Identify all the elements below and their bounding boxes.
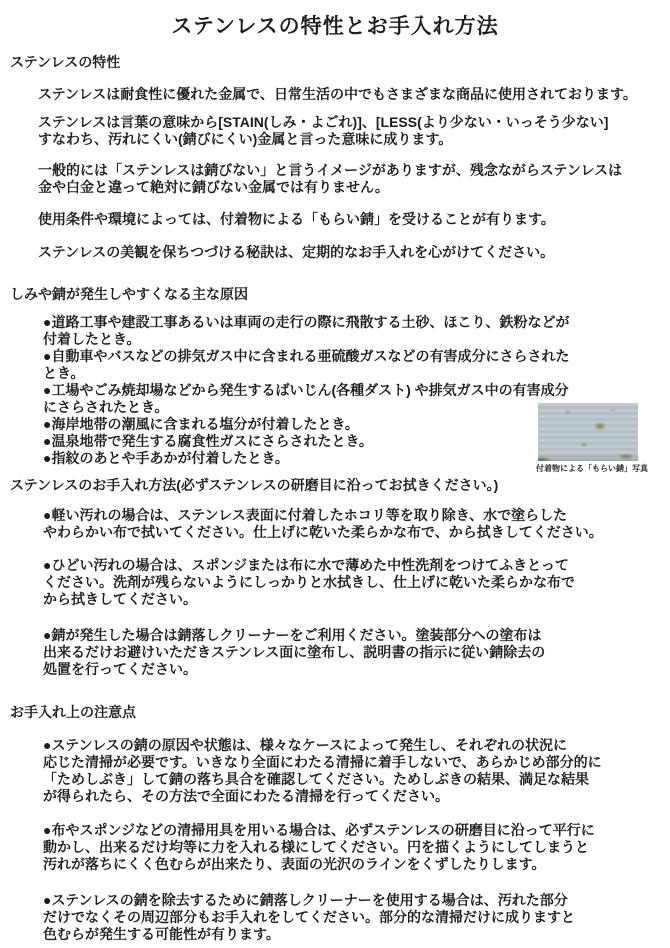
bullet-item: ●自動車やバスなどの排気ガス中に含まれる亜硫酸ガスなどの有害成分にさらされた と… — [43, 348, 670, 382]
rust-photo-caption: 付着物による「もらい錆」写真 — [536, 464, 640, 474]
section-heading-characteristics: ステンレスの特性 — [10, 54, 670, 71]
section-heading-notes: お手入れ上の注意点 — [10, 704, 670, 721]
section-heading-causes: しみや錆が発生しやすくなる主な原因 — [10, 286, 670, 303]
rust-photo-image — [538, 403, 638, 461]
paragraph: ステンレスは耐食性に優れた金属で、日常生活の中でもさまざまな商品に使用されており… — [38, 86, 670, 103]
bullet-item: ●道路工事や建設工事あるいは車両の走行の際に飛散する土砂、ほこり、鉄粉などが 付… — [43, 314, 670, 348]
paragraph: ステンレスの美観を保ちつづける秘訣は、定期的なお手入れを心がけてください。 — [38, 244, 670, 261]
rust-photo-figure: 付着物による「もらい錆」写真 — [536, 403, 640, 474]
bullet-item: ●ステンレスの錆の原因や状態は、様々なケースによって発生し、それぞれの状況に 応… — [43, 737, 670, 805]
document-page: ステンレスの特性とお手入れ方法 ステンレスの特性 ステンレスは耐食性に優れた金属… — [0, 0, 670, 948]
paragraph: ステンレスは言葉の意味から[STAIN(しみ・よごれ)]、[LESS(より少ない… — [38, 114, 670, 148]
bullet-item: ●布やスポンジなどの清掃用具を用いる場合は、必ずステンレスの研磨目に沿って平行に… — [43, 822, 670, 873]
paragraph: 使用条件や環境によっては、付着物による「もらい錆」を受けることが有ります。 — [38, 211, 670, 228]
bullet-item: ●軽い汚れの場合は、ステンレス表面に付着したホコリ等を取り除き、水で塗らした や… — [43, 507, 670, 541]
bullet-item: ●ひどい汚れの場合は、スポンジまたは布に水で薄めた中性洗剤をつけてふきとって く… — [43, 557, 670, 608]
bullet-item: ●錆が発生した場合は錆落しクリーナーをご利用ください。塗装部分への塗布は 出来る… — [43, 627, 670, 678]
bullet-item: ●ステンレスの錆を除去するために錆落しクリーナーを使用する場合は、汚れた部分 だ… — [43, 892, 670, 943]
page-title: ステンレスの特性とお手入れ方法 — [0, 0, 670, 40]
paragraph: 一般的には「ステンレスは錆びない」と言うイメージがありますが、残念ながらステンレ… — [38, 162, 670, 196]
section-heading-care: ステンレスのお手入れ方法(必ずステンレスの研磨目に沿ってお拭きください。) — [10, 477, 670, 494]
